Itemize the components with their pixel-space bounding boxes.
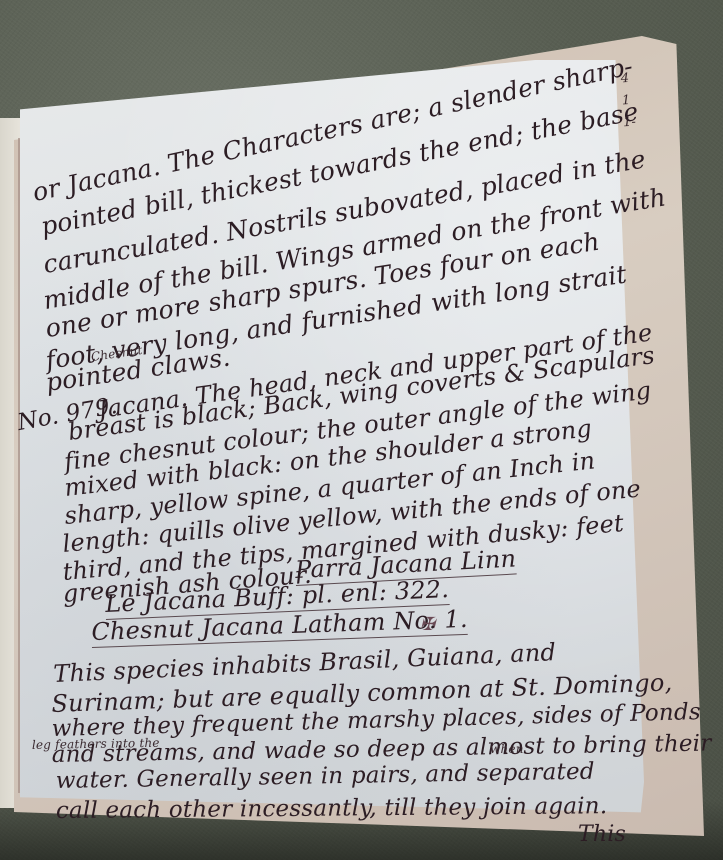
catchword: This (578, 822, 626, 847)
cross-mark: ✠ (420, 614, 435, 635)
text-line: call each other incessantly, till they j… (56, 793, 608, 824)
gutter-line (18, 138, 20, 793)
insertion-note: leg feathers into the (32, 736, 160, 752)
insertion-note: when (490, 742, 524, 756)
